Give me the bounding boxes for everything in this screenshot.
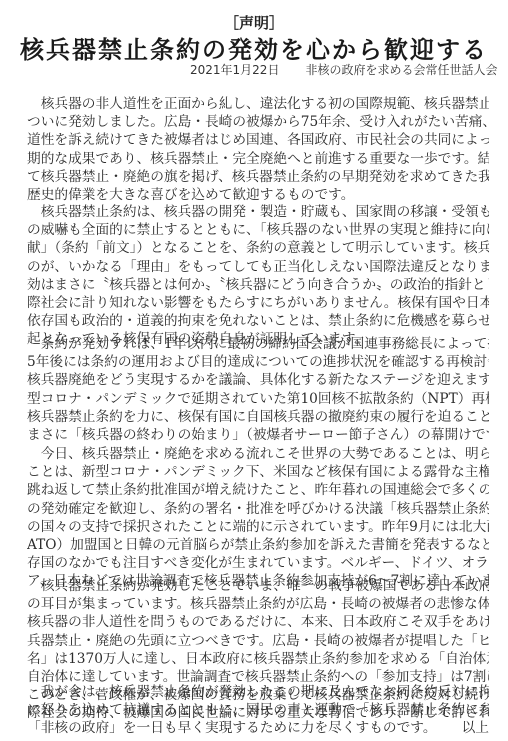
text-line: に怒りを込めて抗議するとともに、国民の声と運動で「核兵器禁止条約に参加する政府」 — [27, 701, 489, 719]
text-line: の威嚇も全面的に禁止するとともに、「核兵器のない世界の実現と維持に向けた重要な貢 — [27, 221, 489, 239]
statement-date: 2021年1月22日 — [190, 63, 279, 77]
text-line: 依存国も政治的・道義的拘束を免れないことは、禁止条約に危機感を募らせ、発効妨害に… — [27, 312, 489, 330]
closing-mark: 以上 — [462, 719, 489, 737]
text-line: 核兵器禁止条約を力に、核保有国に自国核兵器の撤廃約束の履行を迫ることになります。 — [27, 408, 489, 426]
page-title: 核兵器禁止条約の発効を心から歓迎する — [0, 30, 508, 65]
text-line: 我が会は、核兵器禁止条約が発効したこの期に及んでなお同条約反対に拘泥する菅政権 — [27, 683, 489, 701]
byline: 2021年1月22日非核の政府を求める会常任世話人会 — [190, 61, 497, 78]
text-line: 核兵器の非人道性を問うものであるだけに、本来、日本政府こそ双手をあげて賛成し、核 — [27, 613, 489, 631]
text-line: て核兵器禁止・廃絶の旗を掲げ、核兵器禁止条約の早期発効を求めてきた我が会は、この — [27, 168, 489, 186]
text-line: ことは、新型コロナ・パンデミック下、米国など核保有国による露骨な主権侵害・恫喝を — [27, 463, 489, 481]
text-line: の国々の支持で採択されたことに端的に示されています。昨年9月には北大西洋条約機構… — [27, 518, 489, 536]
organization-name: 非核の政府を求める会常任世話人会 — [305, 63, 497, 77]
text-line: 核兵器廃絶をどう実現するかを議論、具体化する新たなステージを迎えます。8月には、… — [27, 371, 489, 389]
paragraph-4: 今日、核兵器禁止・廃絶を求める流れこそ世界の大勢であることは、明らかです。その … — [27, 445, 489, 591]
text-line: ATO）加盟国と日韓の元首脳らが禁止条約参加を訴えた書簡を発表するなど、核保有国… — [27, 536, 489, 554]
paragraph-1: 核兵器の非人道性を正面から糺し、違法化する初の国際規範、核兵器禁止条約が1月22… — [27, 95, 489, 204]
text-line: 献」（条約「前文」）となることを、条約の意義として明示しています。核兵器の存在そ… — [27, 239, 489, 257]
text-line: まさに「核兵器の終わりの始まり」（被爆者サーロー節子さん）の幕開けです。 — [27, 426, 489, 444]
text-line: 5年後には条約の運用および目的達成についての進捗状況を確認する再検討会議も開かれ… — [27, 353, 489, 371]
text-line: 核兵器禁止条約は、核兵器の開発・製造・貯蔵も、国家間の移譲・受領も、使用・使用 — [27, 203, 489, 221]
text-line: 道性を訴え続けてきた被爆者はじめ国連、各国政府、市民社会の共同によってなしえた画 — [27, 131, 489, 149]
text-line: 期的な成果であり、核兵器禁止・完全廃絶へと前進する重要な一歩です。結成以来一貫し — [27, 150, 489, 168]
text-line: 歴史的偉業を大きな喜びを込めて歓迎するものです。 — [27, 186, 489, 204]
text-line: 条約が発効すれば、1年以内に最初の締約国会議が国連事務総長によって招集されます。 — [27, 335, 489, 353]
paragraph-6: 我が会は、核兵器禁止条約が発効したこの期に及んでなお同条約反対に拘泥する菅政権 … — [27, 683, 489, 738]
text-line-content: 「非核の政府」を一日も早く実現するために力を尽くすものです。 — [27, 720, 437, 736]
text-line: 「非核の政府」を一日も早く実現するために力を尽くすものです。以上 — [27, 719, 489, 737]
text-line: の発効確定を歓迎し、条約の署名・批准を呼びかける決議「核兵器禁止条約」が圧倒的多… — [27, 500, 489, 518]
text-line: 核兵器の非人道性を正面から糺し、違法化する初の国際規範、核兵器禁止条約が1月22… — [27, 95, 489, 113]
text-line: 名」は1370万人に達し、日本政府に核兵器禁止条約参加を求める「自治体意見書決議… — [27, 650, 489, 668]
text-line: 核兵器禁止条約が発効したことでいま、唯一の戦争被爆国である日本政府の言動に世界 — [27, 577, 489, 595]
paragraph-3: 条約が発効すれば、1年以内に最初の締約国会議が国連事務総長によって招集されます。… — [27, 335, 489, 444]
text-line: 兵器禁止・廃絶の先頭に立つべきです。広島・長崎の被爆者が提唱した「ヒバクシャ国際… — [27, 632, 489, 650]
text-line: 跳ね返して禁止条約批准国が増え続けたこと、昨年暮れの国連総会で多くの国が禁止条約 — [27, 481, 489, 499]
paragraph-2: 核兵器禁止条約は、核兵器の開発・製造・貯蔵も、国家間の移譲・受領も、使用・使用 … — [27, 203, 489, 349]
text-line: 型コロナ・パンデミックで延期されていた第10回核不拡散条約（NPT）再検討会議が… — [27, 390, 489, 408]
text-line: 存国のなかでも注目すべき変化が生まれています。ベルギー、ドイツ、オランダ、イタリ — [27, 554, 489, 572]
text-line: のが、いかなる「理由」をもってしても正当化しえない国際法違反となります。同条約の… — [27, 258, 489, 276]
text-line: 際社会に計り知れない影響をもたらすにちがいありません。核保有国や日本など「核の傘… — [27, 294, 489, 312]
text-line: 今日、核兵器禁止・廃絶を求める流れこそ世界の大勢であることは、明らかです。その — [27, 445, 489, 463]
text-line: の耳目が集まっています。核兵器禁止条約が広島・長崎の被爆者の悲惨な体験を原点とし… — [27, 595, 489, 613]
text-line: ついに発効しました。広島・長崎の被爆から75年余、受け入れがたい苦痛、核兵器の非… — [27, 113, 489, 131]
text-line: 効はまさに〝核兵器とは何か〟〝核兵器にどう向き合うか〟の政治的指針として、今後、… — [27, 276, 489, 294]
